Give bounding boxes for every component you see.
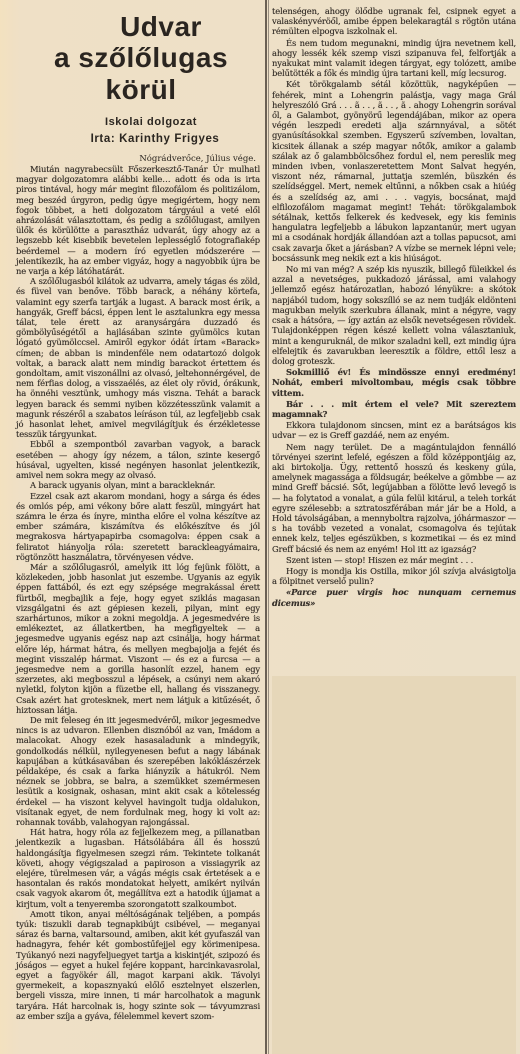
article-title-line-2: a szőlőlugas körül [16, 42, 260, 106]
article-byline: Irta: Karinthy Frigyes [16, 133, 260, 145]
paragraph: Szent isten — stop! Hiszen ez már megint… [272, 555, 516, 565]
column-rule-secondary [268, 0, 269, 1054]
paragraph: Nem nagy terület. De a magántulajdon fen… [272, 442, 516, 554]
paragraph: Hát hatra, hogy róla az fejjelkezem meg,… [16, 827, 260, 909]
paragraph: Ezzel csak azt akarom mondani, hogy a sá… [16, 491, 260, 562]
article-dateline: Nógrádverőce, Július vége. [16, 154, 260, 164]
paragraph: Miután nagyrabecsült Főszerkesztő-Tanár … [16, 164, 260, 276]
paragraph: No mi van még? A szép kis nyuszik, bille… [272, 264, 516, 366]
article-title-line-1: Udvar [16, 12, 260, 42]
paragraph: telenségen, ahogy ölődbe ugranak fel, cs… [272, 6, 516, 37]
paragraph: Ekkora tulajdonom sincsen, mint ez a bar… [272, 420, 516, 440]
paragraph: De mit feleseg én itt jegesmedvéről, mik… [16, 715, 260, 827]
article-subtitle: Iskolai dolgozat [16, 116, 260, 128]
paragraph-emphasis: Sokmilliő év! És mindössze ennyi eredmén… [272, 367, 516, 398]
newspaper-page: Udvar a szőlőlugas körül Iskolai dolgoza… [0, 0, 520, 1054]
paragraph: A barack ugyanis olyan, mint a baracklek… [16, 480, 260, 490]
right-column: telenségen, ahogy ölődbe ugranak fel, cs… [272, 6, 516, 1054]
right-column-body: telenségen, ahogy ölődbe ugranak fel, cs… [272, 6, 516, 608]
paragraph: Hogy is mondja kis Ostilla, mikor jól sz… [272, 566, 516, 586]
paragraph: Amott tikon, anyai méltóságának teljében… [16, 909, 260, 1021]
closing-quote: «Parce puer virgis hoc nunquam cernemus … [272, 587, 516, 607]
paragraph: Két törökgalamb sétál közöttük, nagyképű… [272, 79, 516, 263]
left-column-body: Miután nagyrabecsült Főszerkesztő-Tanár … [16, 164, 260, 1021]
paragraph: Már a szőlőlugasról, amelyik itt lóg fej… [16, 562, 260, 715]
paragraph: A szőlőlugasból kilátok az udvarra, amel… [16, 276, 260, 439]
column-rule [265, 0, 267, 1054]
paragraph: És nem tudom megunakni, mindig újra neve… [272, 38, 516, 79]
paragraph-emphasis: Bár . . . mit értem el vele? Mit szerezt… [272, 399, 516, 419]
left-column: Udvar a szőlőlugas körül Iskolai dolgoza… [16, 0, 260, 1054]
paragraph: Ebből a szempontból zavarban vagyok, a b… [16, 439, 260, 480]
